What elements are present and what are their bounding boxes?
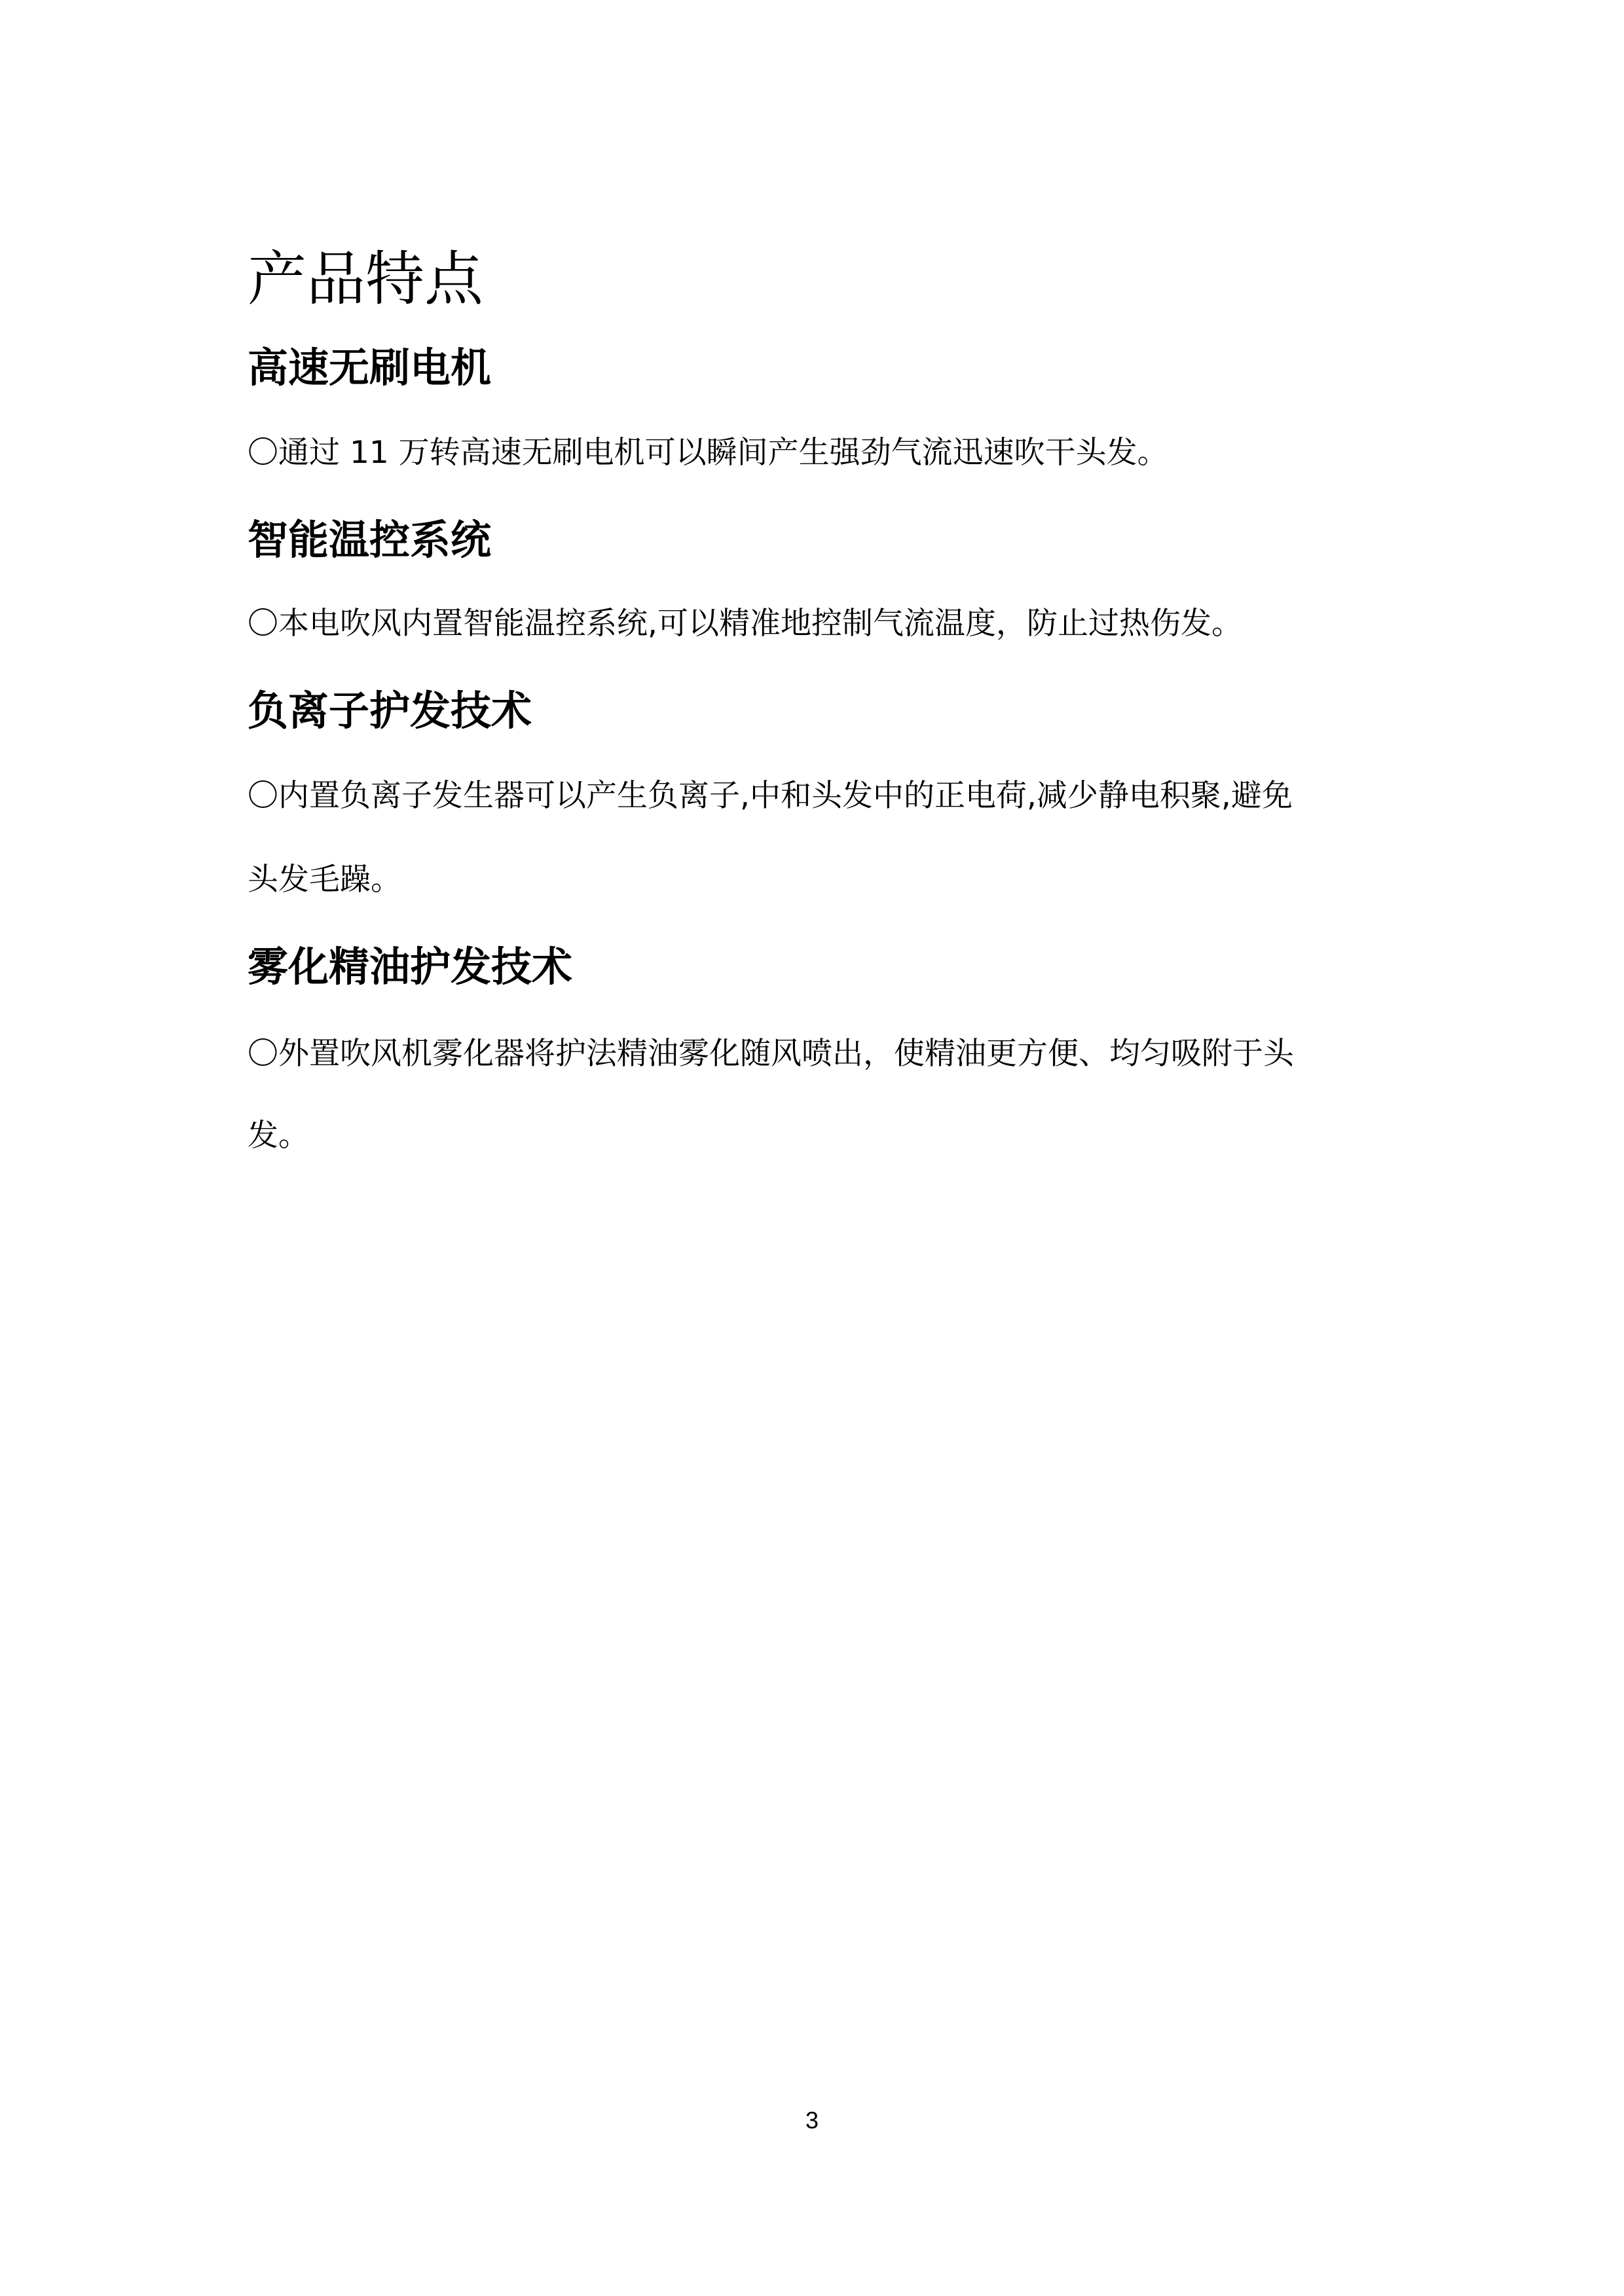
page-title: 产品特点 [248, 250, 483, 309]
page-number: 3 [0, 2107, 1624, 2134]
section-text-temperature-control: 〇本电吹风内置智能温控系统,可以精准地控制气流温度，防止过热伤发。 [248, 608, 1242, 639]
section-heading-temperature-control: 智能温控系统 [248, 520, 491, 560]
section-text-brushless-motor: 〇通过 11 万转高速无刷电机可以瞬间产生强劲气流迅速吹干头发。 [248, 437, 1168, 468]
section-text-atomized-oil-line1: 〇外置吹风机雾化器将护法精油雾化随风喷出，使精油更方便、均匀吸附于头 [248, 1038, 1294, 1069]
section-heading-negative-ion: 负离子护发技术 [248, 691, 532, 731]
section-heading-brushless-motor: 高速无刷电机 [248, 348, 491, 388]
section-text-negative-ion-line1: 〇内置负离子发生器可以产生负离子,中和头发中的正电荷,减少静电积聚,避免 [248, 780, 1293, 811]
section-heading-atomized-oil: 雾化精油护发技术 [248, 947, 572, 987]
section-text-atomized-oil-line2: 发。 [248, 1120, 309, 1151]
section-text-negative-ion-line2: 头发毛躁。 [248, 864, 401, 895]
